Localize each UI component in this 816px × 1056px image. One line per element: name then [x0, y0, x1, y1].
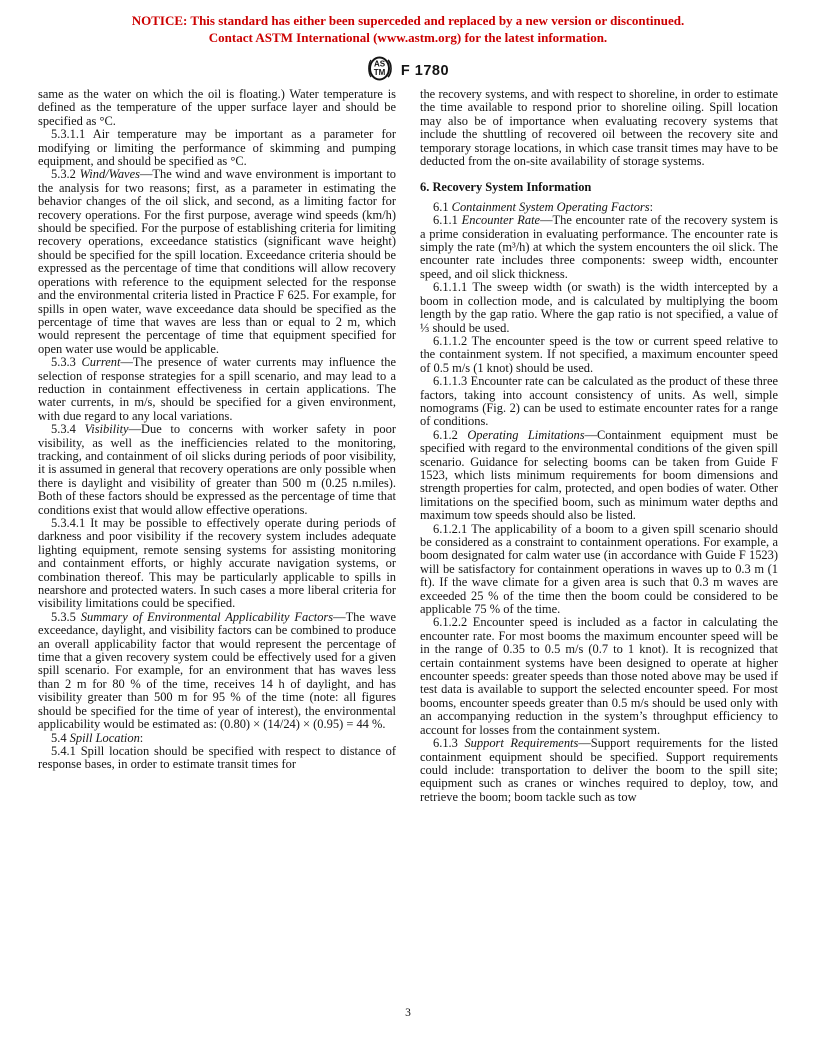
- page-number: 3: [0, 1007, 816, 1019]
- paragraph: the recovery systems, and with respect t…: [420, 88, 778, 168]
- paragraph: 6.1.1.2 The encounter speed is the tow o…: [420, 335, 778, 375]
- standard-designation: F 1780: [401, 63, 449, 79]
- paragraph: 5.3.2 Wind/Waves—The wind and wave envir…: [38, 168, 396, 356]
- paragraph: 6.1.2.1 The applicability of a boom to a…: [420, 523, 778, 617]
- paragraph: 6.1.2 Operating Limitations—Containment …: [420, 429, 778, 523]
- astm-logo-icon: AS TM: [367, 56, 394, 86]
- header: AS TM F 1780: [0, 56, 816, 86]
- paragraph: 5.4 Spill Location:: [38, 732, 396, 745]
- paragraph: same as the water on which the oil is fl…: [38, 88, 396, 128]
- svg-text:TM: TM: [374, 68, 386, 77]
- paragraph: 5.3.4 Visibility—Due to concerns with wo…: [38, 423, 396, 517]
- paragraph: 5.3.3 Current—The presence of water curr…: [38, 356, 396, 423]
- notice-line-1: NOTICE: This standard has either been su…: [0, 13, 816, 30]
- body-columns: same as the water on which the oil is fl…: [38, 88, 778, 804]
- paragraph: 6.1.1.1 The sweep width (or swath) is th…: [420, 281, 778, 335]
- notice: NOTICE: This standard has either been su…: [0, 13, 816, 46]
- paragraph: 5.3.1.1 Air temperature may be important…: [38, 128, 396, 168]
- paragraph: 5.3.4.1 It may be possible to effectivel…: [38, 517, 396, 611]
- paragraph: 6.1 Containment System Operating Factors…: [420, 201, 778, 214]
- paragraph: 5.4.1 Spill location should be specified…: [38, 745, 396, 772]
- notice-line-2: Contact ASTM International (www.astm.org…: [0, 30, 816, 47]
- paragraph: 6.1.1.3 Encounter rate can be calculated…: [420, 375, 778, 429]
- section-heading: 6. Recovery System Information: [420, 181, 778, 194]
- paragraph: 5.3.5 Summary of Environmental Applicabi…: [38, 611, 396, 732]
- paragraph: 6.1.1 Encounter Rate—The encounter rate …: [420, 214, 778, 281]
- document-page: NOTICE: This standard has either been su…: [0, 0, 816, 1056]
- right-column: the recovery systems, and with respect t…: [420, 88, 778, 804]
- paragraph: 6.1.2.2 Encounter speed is included as a…: [420, 616, 778, 737]
- left-column: same as the water on which the oil is fl…: [38, 88, 396, 804]
- paragraph: 6.1.3 Support Requirements—Support requi…: [420, 737, 778, 804]
